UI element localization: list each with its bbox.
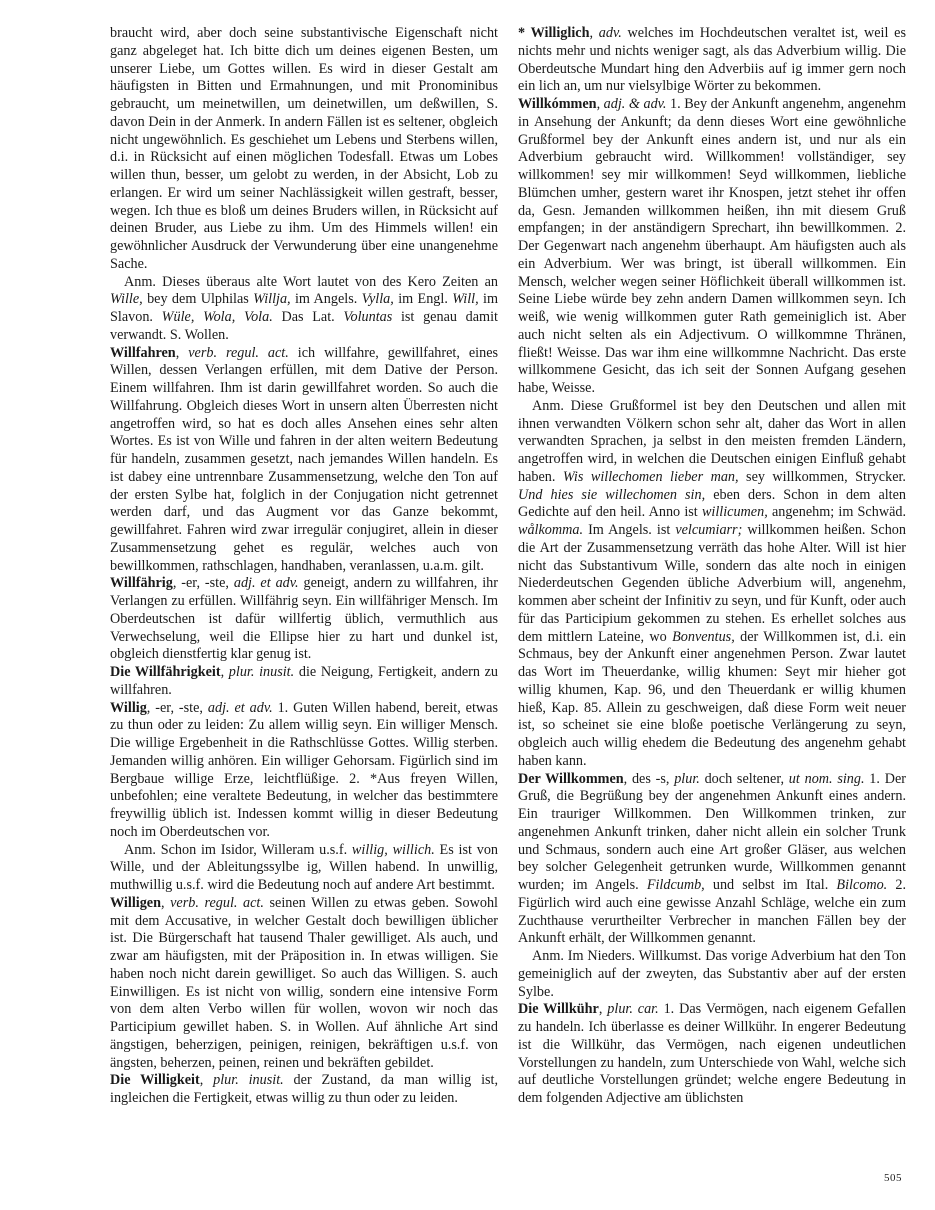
page-number: 505 [884, 1172, 902, 1184]
body-text: braucht wird, aber doch seine substantiv… [110, 25, 498, 272]
headword: * Williglich [518, 25, 589, 41]
annotation-paragraph: Anm. Diese Grußformel ist bey den Deutsc… [518, 398, 906, 771]
italic-term: willig, willich. [352, 842, 435, 858]
body-text: Das Lat. [273, 309, 344, 325]
body-text: bey dem Ulphilas [143, 291, 253, 307]
dictionary-entry: Willigen, verb. regul. act. seinen Wille… [110, 895, 498, 1073]
italic-term: Bonventus, [672, 629, 735, 645]
italic-term: plur. car. [607, 1001, 658, 1017]
dictionary-entry: Die Willigkeit, plur. inusit. der Zustan… [110, 1072, 498, 1108]
body-text: willkommen heißen. Schon die Art der Zus… [518, 522, 906, 645]
dictionary-entry: Willkómmen, adj. & adv. 1. Bey der Ankun… [518, 96, 906, 398]
italic-term: Will, [452, 291, 478, 307]
body-text: , [200, 1072, 213, 1088]
body-text: angenehm; im Schwäd. [768, 504, 906, 520]
body-text: seinen Willen zu etwas geben. Sowohl mit… [110, 895, 498, 1071]
italic-term: willicumen, [702, 504, 768, 520]
body-text: , [161, 895, 170, 911]
body-text: und selbst im Ital. [705, 877, 837, 893]
italic-term: Fildcumb, [647, 877, 705, 893]
right-column: * Williglich, adv. welches im Hochdeutsc… [518, 25, 906, 1108]
italic-term: Vylla, [362, 291, 394, 307]
left-column: braucht wird, aber doch seine substantiv… [110, 25, 498, 1108]
body-text: Im Angels. ist [583, 522, 675, 538]
body-text: im Angels. [291, 291, 362, 307]
italic-term: ut nom. sing. [789, 771, 865, 787]
dictionary-entry: * Williglich, adv. welches im Hochdeutsc… [518, 25, 906, 96]
dictionary-entry: Der Willkommen, des -s, plur. doch selte… [518, 771, 906, 949]
body-text: doch seltener, [700, 771, 789, 787]
italic-term: adj. & adv. [604, 96, 667, 112]
italic-term: velcumiarr; [675, 522, 742, 538]
dictionary-entry: Willfahren, verb. regul. act. ich willfa… [110, 345, 498, 576]
body-text: im Engl. [394, 291, 452, 307]
body-text: , -er, -ste, [173, 575, 234, 591]
italic-term: adj. et adv. [234, 575, 299, 591]
italic-term: adj. et adv. [208, 700, 273, 716]
body-text: 1. Bey der Ankunft angenehm, angenehm in… [518, 96, 906, 396]
body-text: , [597, 96, 604, 112]
italic-term: adv. [599, 25, 622, 41]
italic-term: Und hies sie willechomen sin, [518, 487, 705, 503]
headword: Willig [110, 700, 147, 716]
headword: Die Willfährigkeit [110, 664, 221, 680]
annotation-paragraph: Anm. Dieses überaus alte Wort lautet von… [110, 274, 498, 345]
text-paragraph: braucht wird, aber doch seine substantiv… [110, 25, 498, 274]
body-text: , [176, 345, 189, 361]
body-text: 1. Guten Willen habend, bereit, etwas zu… [110, 700, 498, 840]
italic-term: Wüle, Wola, Vola. [162, 309, 273, 325]
italic-term: Voluntas [343, 309, 392, 325]
body-text: sey willkommen, Strycker. [739, 469, 906, 485]
annotation-paragraph: Anm. Im Nieders. Willkumst. Das vorige A… [518, 948, 906, 1001]
italic-term: Wille, [110, 291, 143, 307]
body-text: , des -s, [624, 771, 675, 787]
headword: Die Willigkeit [110, 1072, 200, 1088]
dictionary-entry: Die Willkühr, plur. car. 1. Das Vermögen… [518, 1001, 906, 1108]
body-text: Anm. Dieses überaus alte Wort lautet von… [124, 274, 498, 290]
body-text: , [221, 664, 229, 680]
italic-term: verb. regul. act. [188, 345, 289, 361]
dictionary-entry: Willig, -er, -ste, adj. et adv. 1. Guten… [110, 700, 498, 842]
annotation-paragraph: Anm. Schon im Isidor, Willeram u.s.f. wi… [110, 842, 498, 895]
italic-term: wålkomma. [518, 522, 583, 538]
italic-term: plur. inusit. [229, 664, 294, 680]
italic-term: plur. [674, 771, 700, 787]
dictionary-entry: Willfährig, -er, -ste, adj. et adv. gene… [110, 575, 498, 664]
headword: Willkómmen [518, 96, 597, 112]
body-text: ich willfahre, gewillfahret, eines Wille… [110, 345, 498, 574]
body-text: , -er, -ste, [147, 700, 208, 716]
italic-term: Willja, [253, 291, 290, 307]
body-text: , [589, 25, 598, 41]
italic-term: plur. inusit. [213, 1072, 284, 1088]
italic-term: Wis willechomen lieber man, [563, 469, 739, 485]
headword: Der Willkommen [518, 771, 624, 787]
headword: Willigen [110, 895, 161, 911]
body-text: Anm. Schon im Isidor, Willeram u.s.f. [124, 842, 352, 858]
body-text: 1. Der Gruß, die Begrüßung bey der angen… [518, 771, 906, 894]
italic-term: Bilcomo. [836, 877, 887, 893]
headword: Willfährig [110, 575, 173, 591]
body-text: der Willkommen ist, d.i. ein Schmaus, be… [518, 629, 906, 769]
italic-term: verb. regul. act. [170, 895, 264, 911]
body-text: Anm. Im Nieders. Willkumst. Das vorige A… [518, 948, 906, 1000]
dictionary-entry: Die Willfährigkeit, plur. inusit. die Ne… [110, 664, 498, 700]
headword: Willfahren [110, 345, 176, 361]
headword: Die Willkühr [518, 1001, 599, 1017]
